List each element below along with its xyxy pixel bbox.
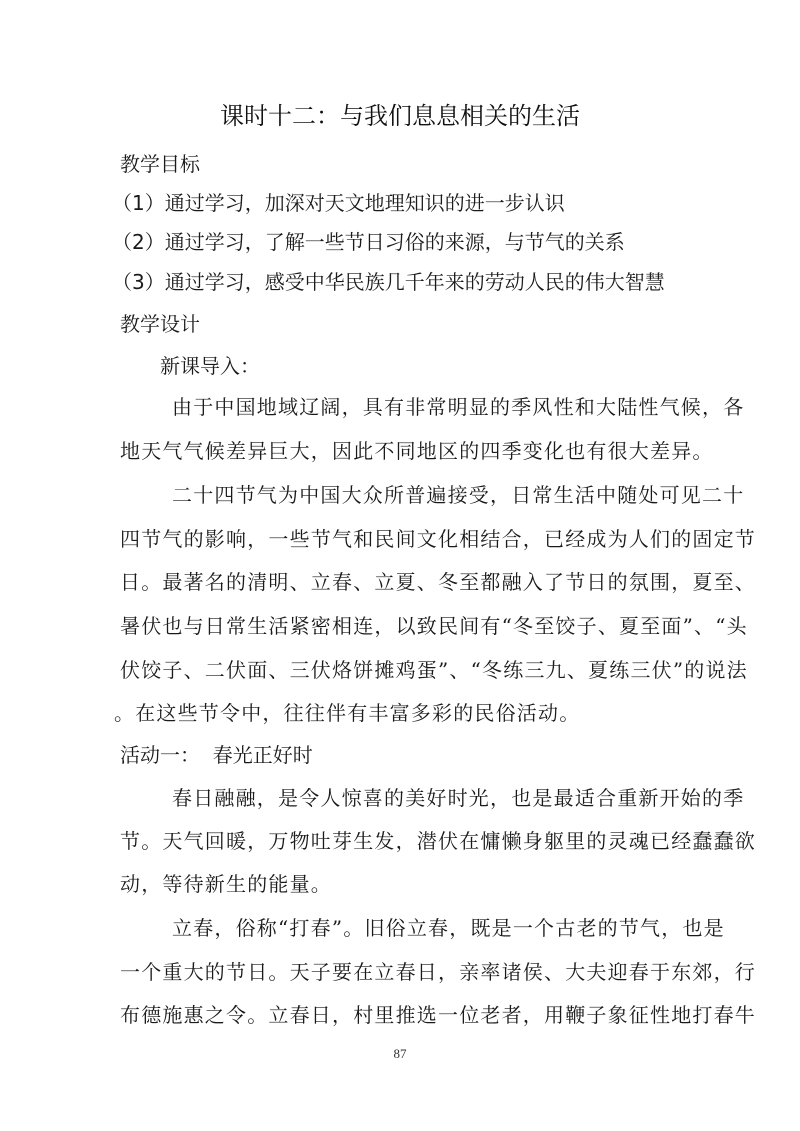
objective-item-2: （2）通过学习，了解一些节日习俗的来源，与节气的关系	[112, 228, 625, 256]
page-number: 87	[0, 1046, 800, 1062]
intro-paragraph-1-line-1: 由于中国地域辽阔，具有非常明显的季风性和大陆性气候，各	[172, 393, 744, 421]
intro-paragraph-2-line-3: 日。最著名的清明、立春、立夏、冬至都融入了节日的氛围，夏至、	[120, 568, 756, 596]
intro-paragraph-2-line-5: 伏饺子、二伏面、三伏烙饼摊鸡蛋”、“冬练三九、夏练三伏”的说法	[120, 656, 748, 684]
intro-paragraph-2-line-6: 。在这些节令中，往往伴有丰富多彩的民俗活动。	[114, 699, 580, 727]
activity-1-paragraph-2-line-3: 布德施惠之令。立春日，村里推选一位老者，用鞭子象征性地打春牛	[120, 1001, 756, 1029]
activity-1-heading: 活动一： 春光正好时	[120, 741, 313, 769]
activity-1-paragraph-2-line-1: 立春，俗称“打春”。旧俗立春，既是一个古老的节气，也是	[172, 914, 725, 942]
lesson-title: 课时十二：与我们息息相关的生活	[0, 100, 800, 132]
objectives-heading: 教学目标	[120, 150, 200, 178]
intro-heading: 新课导入：	[160, 352, 260, 380]
document-page: 课时十二：与我们息息相关的生活 教学目标 （1）通过学习，加深对天文地理知识的进…	[0, 0, 800, 1131]
objective-item-1: （1）通过学习，加深对天文地理知识的进一步认识	[112, 189, 565, 217]
intro-paragraph-2-line-4: 暑伏也与日常生活紧密相连，以致民间有“冬至饺子、夏至面”、“头	[120, 612, 748, 640]
objective-item-3: （3）通过学习，感受中华民族几千年来的劳动人民的伟大智慧	[112, 268, 665, 296]
activity-1-paragraph-2-line-2: 一个重大的节日。天子要在立春日，亲率诸侯、大夫迎春于东郊，行	[120, 958, 756, 986]
activity-1-paragraph-1-line-1: 春日融融，是令人惊喜的美好时光，也是最适合重新开始的季	[172, 784, 744, 812]
activity-1-paragraph-1-line-2: 节。天气回暖，万物吐芽生发，潜伏在慵懒身躯里的灵魂已经蠢蠢欲	[120, 827, 756, 855]
intro-paragraph-2-line-1: 二十四节气为中国大众所普遍接受，日常生活中随处可见二十	[172, 481, 744, 509]
activity-1-paragraph-1-line-3: 动，等待新生的能量。	[120, 870, 332, 898]
design-heading: 教学设计	[120, 310, 200, 338]
intro-paragraph-2-line-2: 四节气的影响，一些节气和民间文化相结合，已经成为人们的固定节	[120, 525, 756, 553]
intro-paragraph-1-line-2: 地天气气候差异巨大，因此不同地区的四季变化也有很大差异。	[120, 437, 714, 465]
